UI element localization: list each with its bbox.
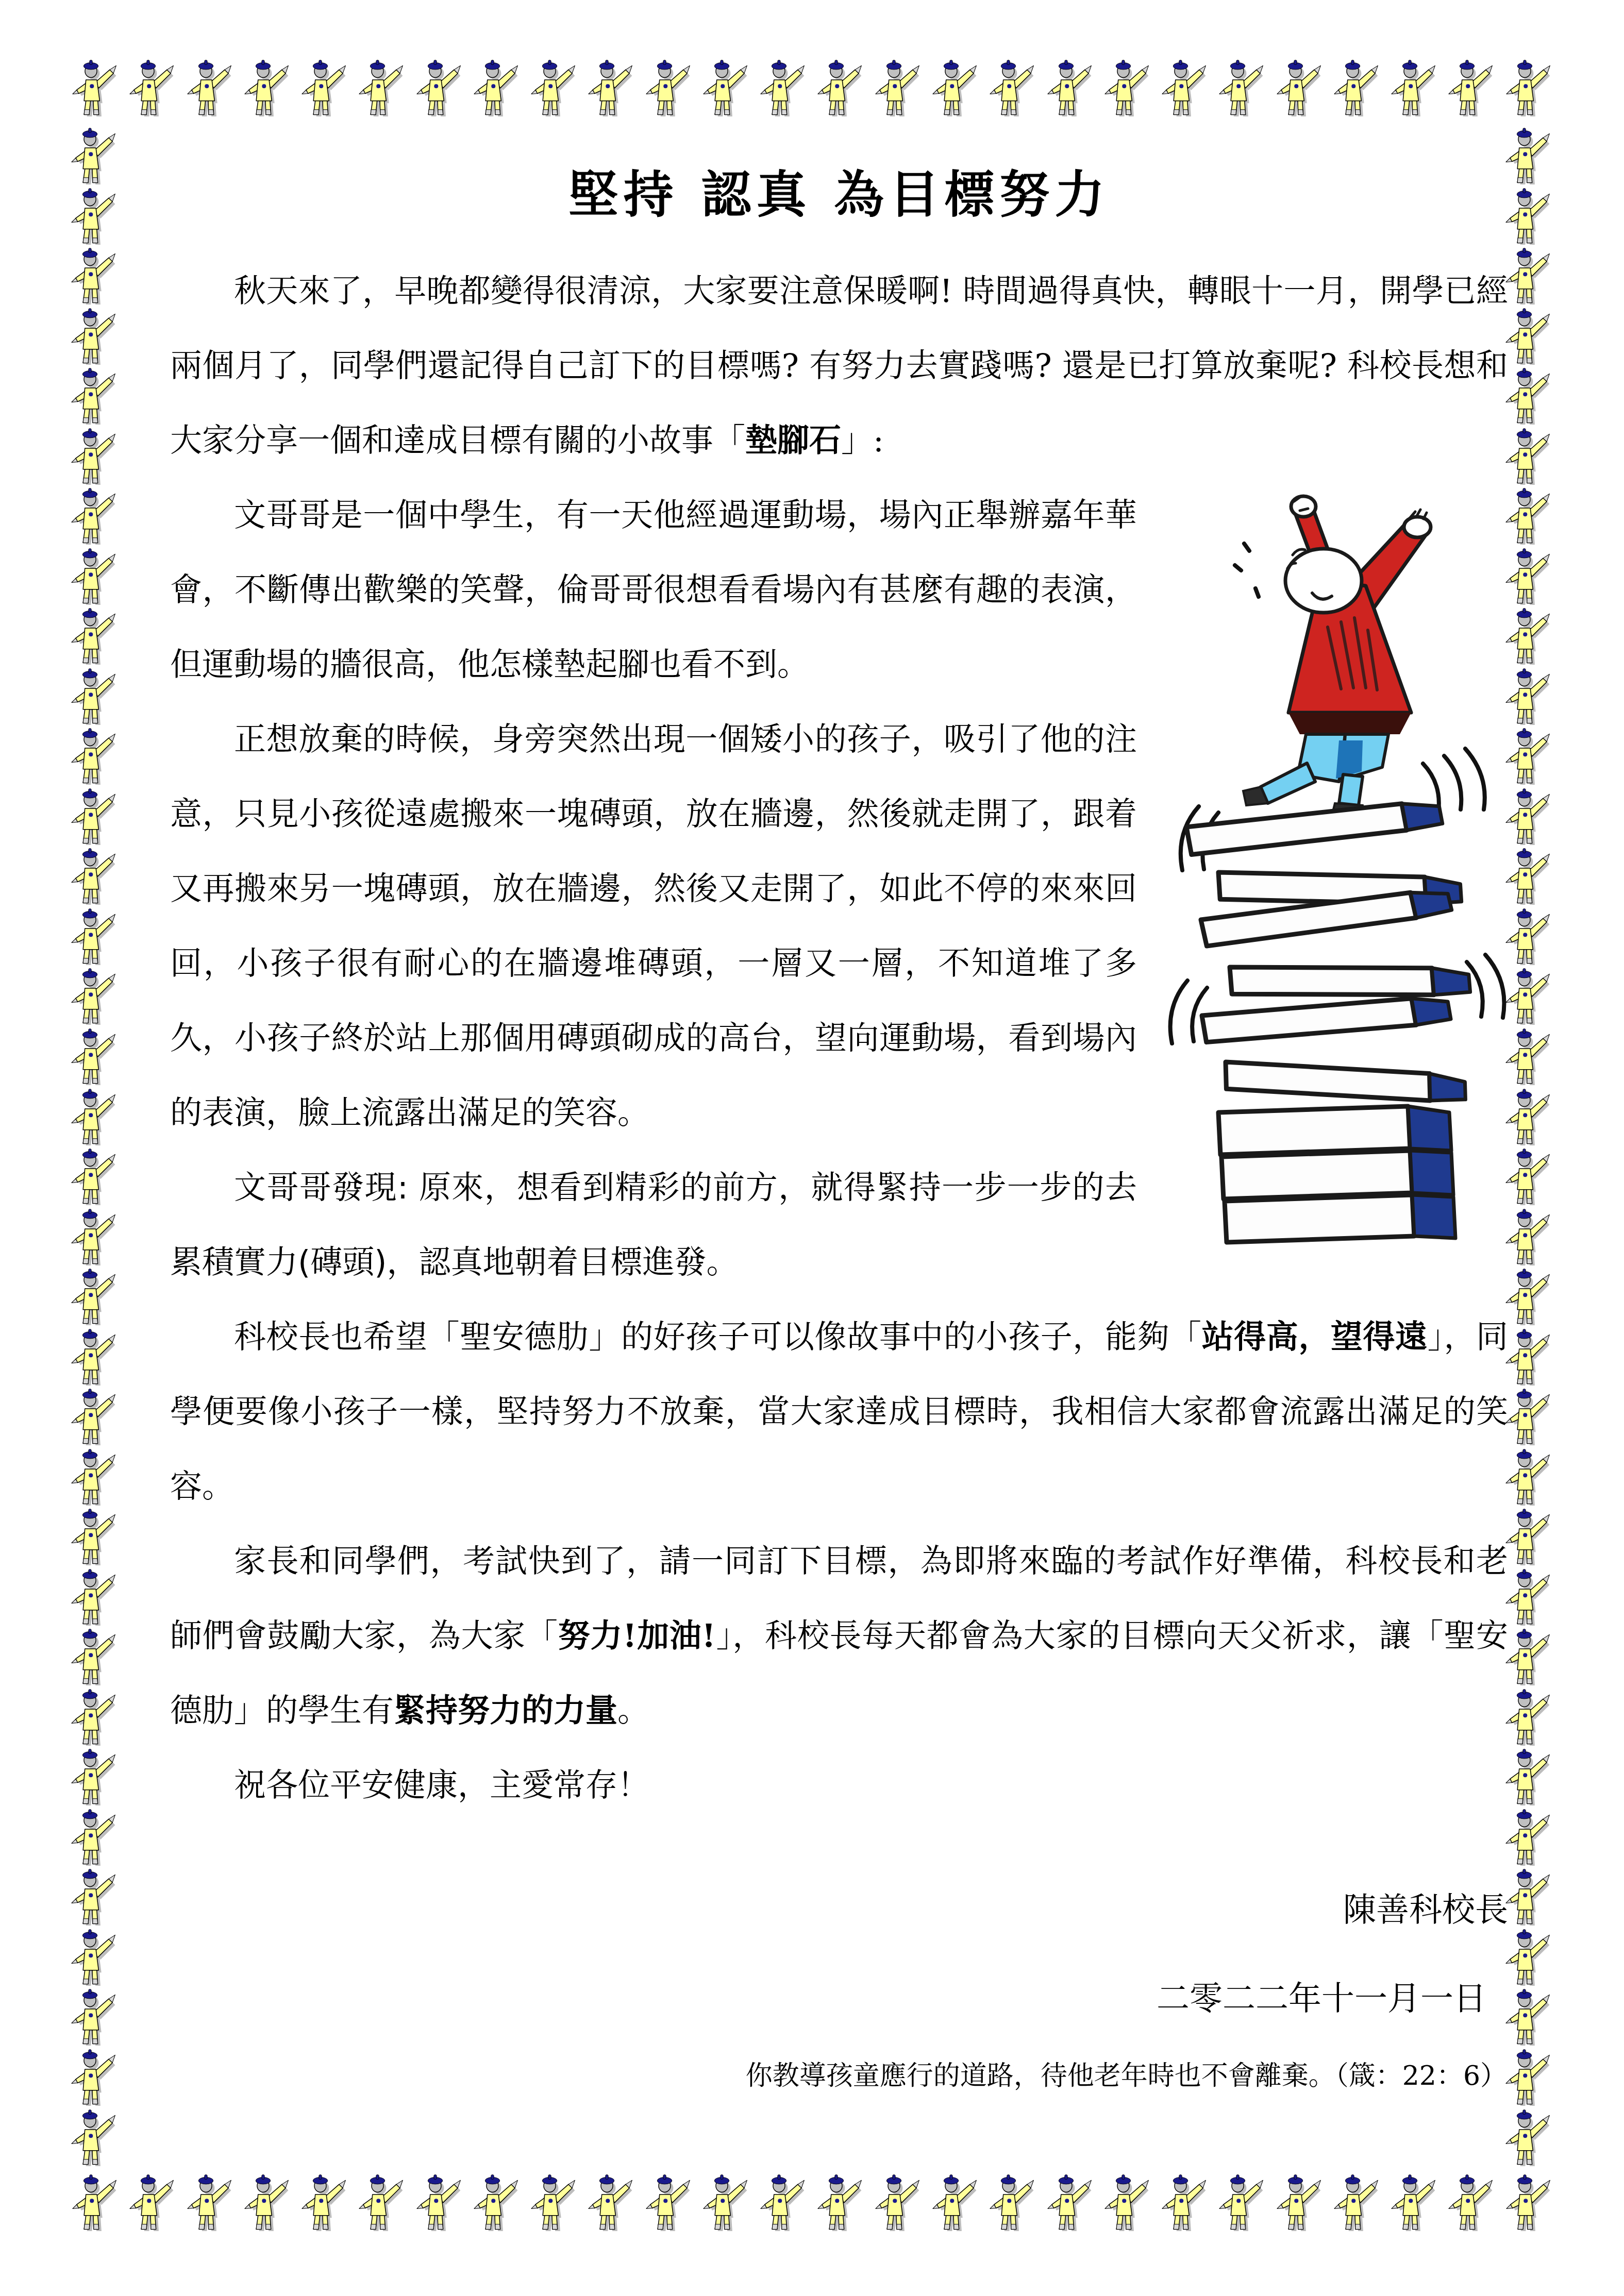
cheering-person-icon [1104,2173,1150,2231]
cheering-person-icon [302,2173,347,2231]
cheering-person-icon [703,2173,749,2231]
cheering-person-icon [1505,547,1551,605]
cheering-person-icon [1505,1448,1551,1506]
cheering-person-icon [71,187,117,245]
cheering-person-icon [1505,1688,1551,1746]
cheering-person-icon [71,1808,117,1866]
cheering-person-icon [1505,367,1551,425]
cheering-person-icon [71,487,117,545]
cheering-person-icon [359,2173,405,2231]
cheering-person-icon [187,2173,233,2231]
story-section: 文哥哥是一個中學生，有一天他經過運動場，場內正舉辦嘉年華會，不斷傳出歡樂的笑聲，… [170,478,1508,1524]
cheering-person-icon [1505,847,1551,905]
cheering-person-icon [1505,1628,1551,1685]
cheering-person-icon [1219,59,1265,116]
cheering-person-icon [588,59,634,116]
cheering-person-icon [1505,1328,1551,1386]
text-segment: 文哥哥是一個中學生，有一天他經過運動場，場內正舉辦嘉年華會，不斷傳出歡樂的笑聲，… [170,496,1137,683]
cheering-person-icon [1505,1868,1551,1926]
cheering-person-icon [1505,247,1551,305]
cheering-person-icon [1505,1508,1551,1565]
cheering-person-icon [1505,787,1551,845]
cheering-person-icon [244,2173,290,2231]
cheering-person-icon [760,2173,806,2231]
cheering-person-icon [646,59,692,116]
border-top [72,59,1552,116]
cheering-person-icon [1505,127,1551,184]
cheering-person-icon [71,127,117,184]
cheering-person-icon [71,787,117,845]
cheering-person-icon [1047,2173,1093,2231]
cheering-person-icon [1505,1088,1551,1145]
cheering-person-icon [1505,607,1551,665]
text-segment: 正想放棄的時候，身旁突然出現一個矮小的孩子，吸引了他的注意，只見小孩從遠處搬來一… [170,720,1137,1132]
cheering-person-icon [990,59,1035,116]
cheering-person-icon [760,59,806,116]
cheering-person-icon [1162,2173,1208,2231]
cheering-person-icon [1162,59,1208,116]
cheering-person-icon [1104,59,1150,116]
cheering-person-icon [1505,1808,1551,1866]
cheering-person-icon [1334,2173,1380,2231]
text-segment-bold: 緊持努力的力量 [394,1692,617,1729]
cheering-person-icon [129,2173,175,2231]
cheering-person-icon [71,847,117,905]
text-segment-bold: 站得高，望得遠 [1202,1318,1428,1356]
border-left [71,127,119,2166]
cheering-person-icon [71,547,117,605]
cheering-person-icon [1505,427,1551,485]
paragraph-exhortation: 家長和同學們，考試快到了，請一同訂下目標，為即將來臨的考試作好準備，科校長和老師… [170,1524,1508,1748]
cheering-person-icon [1219,2173,1265,2231]
cheering-person-icon [72,59,118,116]
cheering-person-icon [1277,2173,1322,2231]
cheering-person-icon [1505,1568,1551,1626]
cheering-person-icon [71,1388,117,1445]
cheering-person-icon [71,1268,117,1325]
cheering-person-icon [817,2173,863,2231]
cheering-person-icon [1505,1928,1551,1986]
child-on-brick-stack-illustration [1158,483,1508,1256]
cheering-person-icon [1505,907,1551,965]
closing-block: 陳善科校長 二零二二年十一月一日 你教導孩童應行的道路，待他老年時也不會離棄。（… [170,1866,1508,2108]
cheering-person-icon [1277,59,1322,116]
cheering-person-icon [646,2173,692,2231]
text-segment-bold: 努力!加油! [558,1617,716,1655]
cheering-person-icon [71,1448,117,1506]
cheering-person-icon [71,1688,117,1746]
newsletter-page: 堅持 認真 為目標努力 秋天來了，早晚都變得很清涼，大家要注意保暖啊! 時間過得… [0,0,1624,2296]
text-segment: 文哥哥發現: 原來，想看到精彩的前方，就得緊持一步一步的去累積實力(磚頭)，認真… [170,1169,1137,1281]
cheering-person-icon [1505,667,1551,725]
cheering-person-icon [71,2108,117,2166]
cheering-person-icon [1505,2108,1551,2166]
cheering-person-icon [1506,59,1552,116]
cheering-person-icon [71,427,117,485]
page-title: 堅持 認真 為目標努力 [170,160,1508,230]
cheering-person-icon [932,2173,978,2231]
text-segment: 科校長也希望「聖安德肋」的好孩子可以像故事中的小孩子，能夠「 [234,1318,1202,1356]
cheering-person-icon [1505,1147,1551,1205]
cheering-person-icon [71,1027,117,1085]
text-segment-bold: 墊腳石 [745,421,841,459]
date-line: 二零二二年十一月一日 [170,1954,1508,2044]
cheering-person-icon [71,907,117,965]
cheering-person-icon [71,607,117,665]
cheering-person-icon [1047,59,1093,116]
cheering-person-icon [71,667,117,725]
cheering-person-icon [71,1328,117,1386]
cheering-person-icon [474,2173,520,2231]
cheering-person-icon [1505,187,1551,245]
cheering-person-icon [531,59,577,116]
cheering-person-icon [1505,1388,1551,1445]
cheering-person-icon [1334,59,1380,116]
border-bottom [72,2173,1552,2231]
cheering-person-icon [187,59,233,116]
cheering-person-icon [71,247,117,305]
cheering-person-icon [1505,1988,1551,2046]
cheering-person-icon [244,59,290,116]
cheering-person-icon [1448,59,1494,116]
cheering-person-icon [1505,2048,1551,2106]
cheering-person-icon [71,1628,117,1685]
cheering-person-icon [817,59,863,116]
cheering-person-icon [71,1928,117,1986]
cheering-person-icon [71,307,117,365]
cheering-person-icon [1505,487,1551,545]
cheering-person-icon [1505,307,1551,365]
cheering-person-icon [416,2173,462,2231]
cheering-person-icon [71,727,117,785]
cheering-person-icon [990,2173,1035,2231]
cheering-person-icon [71,1868,117,1926]
cheering-person-icon [71,1508,117,1565]
cheering-person-icon [1505,1268,1551,1325]
cheering-person-icon [1505,967,1551,1025]
cheering-person-icon [1505,1027,1551,1085]
cheering-person-icon [1391,59,1437,116]
cheering-person-icon [875,2173,921,2231]
cheering-person-icon [1506,2173,1552,2231]
child-on-brick-stack-drawing [1158,483,1508,1256]
cheering-person-icon [703,59,749,116]
text-segment: 祝各位平安健康，主愛常存！ [234,1766,649,1804]
bible-verse: 你教導孩童應行的道路，待他老年時也不會離棄。（箴：22：6） [170,2044,1508,2108]
cheering-person-icon [474,59,520,116]
border-right [1505,127,1553,2166]
cheering-person-icon [1448,2173,1494,2231]
signature: 陳善科校長 [170,1866,1508,1954]
red-shirt-child [1243,496,1431,818]
cheering-person-icon [71,1988,117,2046]
cheering-person-icon [71,967,117,1025]
cheering-person-icon [875,59,921,116]
cheering-person-icon [588,2173,634,2231]
brick-base [1218,1106,1455,1242]
paragraph-message: 科校長也希望「聖安德肋」的好孩子可以像故事中的小孩子，能夠「站得高，望得遠」，同… [170,1299,1508,1524]
cheering-person-icon [1505,1208,1551,1265]
cheering-person-icon [932,59,978,116]
letter-content: 堅持 認真 為目標努力 秋天來了，早晚都變得很清涼，大家要注意保暖啊! 時間過得… [170,130,1508,2108]
cheering-person-icon [531,2173,577,2231]
cheering-person-icon [129,59,175,116]
cheering-person-icon [1505,1748,1551,1805]
cheering-person-icon [71,2048,117,2106]
cheering-person-icon [416,59,462,116]
cheering-person-icon [71,1147,117,1205]
cheering-person-icon [359,59,405,116]
cheering-person-icon [72,2173,118,2231]
text-segment: 。 [617,1692,649,1729]
cheering-person-icon [71,1748,117,1805]
cheering-person-icon [1505,727,1551,785]
paragraph-blessing: 祝各位平安健康，主愛常存！ [170,1748,1508,1822]
cheering-person-icon [71,1208,117,1265]
brick-stack [1186,801,1471,1242]
cheering-person-icon [71,1088,117,1145]
paragraph-intro: 秋天來了，早晚都變得很清涼，大家要注意保暖啊! 時間過得真快，轉眼十一月，開學已… [170,254,1508,478]
text-segment: 」: [841,421,884,459]
cheering-person-icon [71,1568,117,1626]
cheering-person-icon [71,367,117,425]
cheering-person-icon [302,59,347,116]
cheering-person-icon [1391,2173,1437,2231]
